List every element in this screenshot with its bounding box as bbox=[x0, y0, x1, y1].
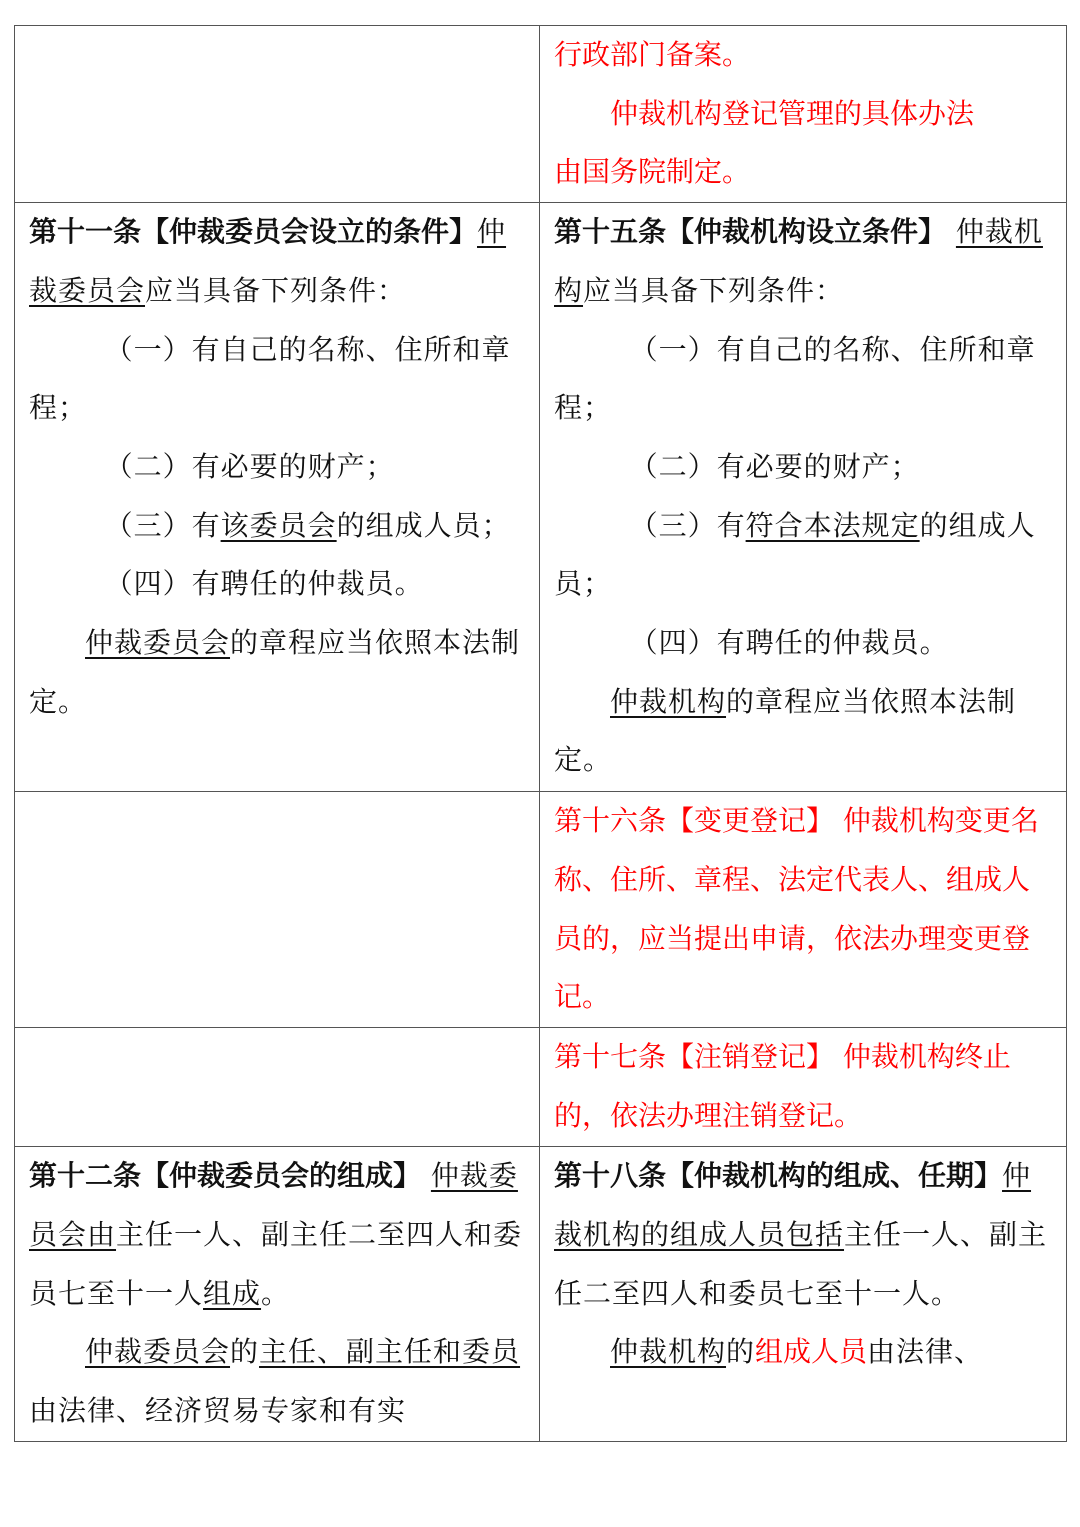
text-segment: 仲裁委员会 bbox=[85, 626, 230, 659]
new-law-cell: 行政部门备案。仲裁机构登记管理的具体办法由国务院制定。 bbox=[540, 26, 1067, 203]
article-paragraph: 第十一条【仲裁委员会设立的条件】仲裁委员会应当具备下列条件： bbox=[29, 203, 527, 320]
text-segment: 应当具备下列条件： bbox=[145, 274, 406, 307]
article-heading: 第十五条【仲裁机构设立条件】 bbox=[554, 215, 946, 248]
text-segment: 组成 bbox=[203, 1277, 261, 1310]
text-segment: （二）有必要的财产； bbox=[630, 450, 920, 483]
text-segment: （一）有自己的名称、住所和章程； bbox=[554, 333, 1036, 425]
new-law-cell: 第十五条【仲裁机构设立条件】 仲裁机构应当具备下列条件：（一）有自己的名称、住所… bbox=[540, 203, 1067, 792]
text-segment: （一）有自己的名称、住所和章程； bbox=[29, 333, 511, 425]
text-segment bbox=[421, 1159, 431, 1192]
article-paragraph: 仲裁机构登记管理的具体办法 bbox=[554, 85, 1054, 144]
text-segment: 由法律、经济贸易专家和有实 bbox=[29, 1394, 406, 1427]
article-paragraph: （四）有聘任的仲裁员。 bbox=[554, 614, 1054, 673]
old-law-cell: 第十二条【仲裁委员会的组成】 仲裁委员会由主任一人、副主任二至四人和委员七至十一… bbox=[15, 1147, 540, 1442]
table-row: 行政部门备案。仲裁机构登记管理的具体办法由国务院制定。 bbox=[15, 26, 1067, 203]
article-paragraph: 仲裁委员会的章程应当依照本法制定。 bbox=[29, 614, 527, 731]
text-segment: 的 bbox=[726, 1335, 755, 1368]
old-law-cell bbox=[15, 1028, 540, 1147]
article-paragraph: （二）有必要的财产； bbox=[29, 438, 527, 497]
article-paragraph: （一）有自己的名称、住所和章程； bbox=[29, 321, 527, 438]
text-segment: （四）有聘任的仲裁员。 bbox=[630, 626, 949, 659]
text-segment: 的组成人员； bbox=[337, 509, 511, 542]
article-paragraph: 第十八条【仲裁机构的组成、任期】仲裁机构的组成人员包括主任一人、副主任二至四人和… bbox=[554, 1147, 1054, 1323]
article-paragraph: 第十六条【变更登记】 仲裁机构变更名称、住所、章程、法定代表人、组成人员的，应当… bbox=[554, 792, 1054, 1027]
table-row: 第十六条【变更登记】 仲裁机构变更名称、住所、章程、法定代表人、组成人员的，应当… bbox=[15, 792, 1067, 1028]
text-segment: 仲裁机构 bbox=[610, 1335, 726, 1368]
text-segment: 主任、副主任和委员 bbox=[259, 1335, 520, 1368]
article-paragraph: 由国务院制定。 bbox=[554, 143, 1054, 202]
article-paragraph: （三）有符合本法规定的组成人员； bbox=[554, 497, 1054, 614]
new-law-cell: 第十七条【注销登记】 仲裁机构终止的，依法办理注销登记。 bbox=[540, 1028, 1067, 1147]
article-paragraph: （三）有该委员会的组成人员； bbox=[29, 497, 527, 556]
article-heading: 第十八条【仲裁机构的组成、任期】 bbox=[554, 1159, 1002, 1192]
old-law-cell: 第十一条【仲裁委员会设立的条件】仲裁委员会应当具备下列条件：（一）有自己的名称、… bbox=[15, 203, 540, 792]
new-law-cell: 第十八条【仲裁机构的组成、任期】仲裁机构的组成人员包括主任一人、副主任二至四人和… bbox=[540, 1147, 1067, 1442]
text-segment: 的 bbox=[230, 1335, 259, 1368]
text-segment: 仲裁机构登记管理的具体办法 bbox=[610, 97, 974, 130]
article-paragraph: （一）有自己的名称、住所和章程； bbox=[554, 321, 1054, 438]
article-paragraph: （二）有必要的财产； bbox=[554, 438, 1054, 497]
text-segment: 应当具备下列条件： bbox=[583, 274, 844, 307]
old-law-cell bbox=[15, 26, 540, 203]
text-segment: 组成人员 bbox=[755, 1335, 867, 1368]
table-row: 第十一条【仲裁委员会设立的条件】仲裁委员会应当具备下列条件：（一）有自己的名称、… bbox=[15, 203, 1067, 792]
text-segment: 该委员会 bbox=[221, 509, 337, 542]
article-paragraph: 第十五条【仲裁机构设立条件】 仲裁机构应当具备下列条件： bbox=[554, 203, 1054, 320]
text-segment: （二）有必要的财产； bbox=[105, 450, 395, 483]
article-paragraph: 仲裁机构的组成人员由法律、 bbox=[554, 1323, 1054, 1382]
text-segment: （三）有 bbox=[105, 509, 221, 542]
text-segment bbox=[946, 215, 956, 248]
text-segment: 由国务院制定。 bbox=[554, 155, 750, 188]
text-segment: 。 bbox=[261, 1277, 290, 1310]
table-row: 第十七条【注销登记】 仲裁机构终止的，依法办理注销登记。 bbox=[15, 1028, 1067, 1147]
new-law-cell: 第十六条【变更登记】 仲裁机构变更名称、住所、章程、法定代表人、组成人员的，应当… bbox=[540, 792, 1067, 1028]
text-segment: 行政部门备案。 bbox=[554, 38, 750, 71]
law-comparison-table: 行政部门备案。仲裁机构登记管理的具体办法由国务院制定。第十一条【仲裁委员会设立的… bbox=[14, 25, 1067, 1442]
text-segment: 第十七条【注销登记】 仲裁机构终止的，依法办理注销登记。 bbox=[554, 1040, 1011, 1132]
text-segment: 由法律、 bbox=[867, 1335, 983, 1368]
text-segment: （三）有 bbox=[630, 509, 746, 542]
article-paragraph: 仲裁委员会的主任、副主任和委员由法律、经济贸易专家和有实 bbox=[29, 1323, 527, 1440]
text-segment: 仲裁委员会 bbox=[85, 1335, 230, 1368]
article-paragraph: 第十二条【仲裁委员会的组成】 仲裁委员会由主任一人、副主任二至四人和委员七至十一… bbox=[29, 1147, 527, 1323]
article-paragraph: （四）有聘任的仲裁员。 bbox=[29, 555, 527, 614]
table-row: 第十二条【仲裁委员会的组成】 仲裁委员会由主任一人、副主任二至四人和委员七至十一… bbox=[15, 1147, 1067, 1442]
old-law-cell bbox=[15, 792, 540, 1028]
text-segment: 符合本法规定 bbox=[746, 509, 920, 542]
article-paragraph: 仲裁机构的章程应当依照本法制定。 bbox=[554, 673, 1054, 790]
article-heading: 第十一条【仲裁委员会设立的条件】 bbox=[29, 215, 477, 248]
article-heading: 第十二条【仲裁委员会的组成】 bbox=[29, 1159, 421, 1192]
article-paragraph: 第十七条【注销登记】 仲裁机构终止的，依法办理注销登记。 bbox=[554, 1028, 1054, 1145]
text-segment: 仲裁机构 bbox=[610, 685, 726, 718]
text-segment: 第十六条【变更登记】 仲裁机构变更名称、住所、章程、法定代表人、组成人员的，应当… bbox=[554, 804, 1039, 1013]
article-paragraph: 行政部门备案。 bbox=[554, 26, 1054, 85]
text-segment: （四）有聘任的仲裁员。 bbox=[105, 567, 424, 600]
